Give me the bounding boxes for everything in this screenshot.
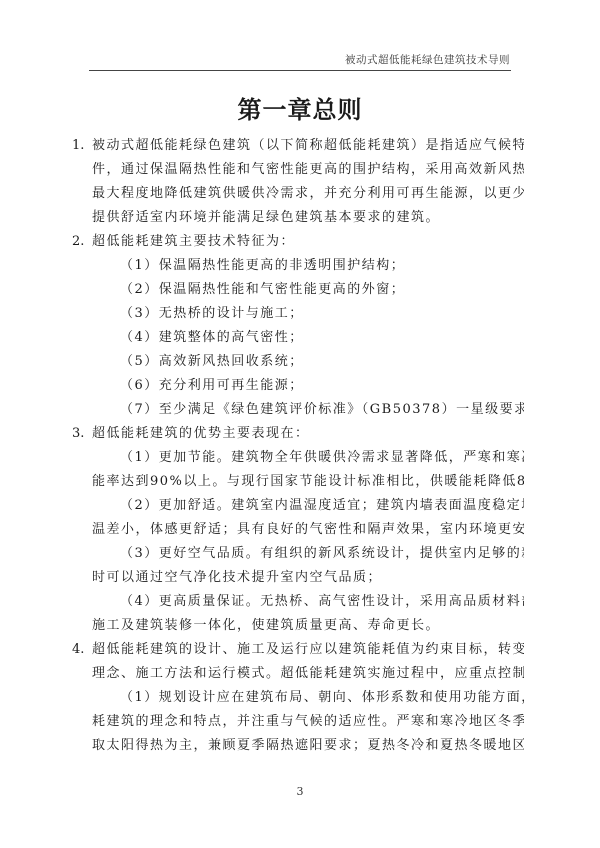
clause-4: 4.超低能耗建筑的设计、施工及运行应以建筑能耗值为约束目标，转变传统的设计 理念… <box>72 638 524 758</box>
clause-3: 3.超低能耗建筑的优势主要表现在： （1）更加节能。建筑物全年供暖供冷需求显著降… <box>72 422 524 638</box>
text-line: 提供舒适室内环境并能满足绿色建筑基本要求的建筑。 <box>72 206 524 230</box>
clause-number: 4. <box>72 638 92 662</box>
paragraph-first-line: （1）更加节能。建筑物全年供暖供冷需求显著降低，严寒和寒冷地区建筑节 <box>72 446 524 470</box>
running-header: 被动式超低能耗绿色建筑技术导则 <box>345 52 510 67</box>
text-line: 理念、施工方法和运行模式。超低能耗建筑实施过程中，应重点控制以下内容： <box>72 662 524 686</box>
paragraph-first-line: （3）更好空气品质。有组织的新风系统设计，提供室内足够的新鲜空气，同 <box>72 542 524 566</box>
list-item: （5）高效新风热回收系统； <box>72 350 524 374</box>
paragraph-first-line: （1）规划设计应在建筑布局、朝向、体形系数和使用功能方面，体现超低能 <box>72 686 524 710</box>
clause-number: 1. <box>72 134 92 158</box>
clause-1: 1.被动式超低能耗绿色建筑（以下简称超低能耗建筑）是指适应气候特征和自然条 件，… <box>72 134 524 230</box>
list-item: （7）至少满足《绿色建筑评价标准》（GB50378）一星级要求。 <box>72 398 524 422</box>
text-line: 超低能耗建筑的优势主要表现在： <box>92 426 310 441</box>
clause-number: 3. <box>72 422 92 446</box>
clause-number: 2. <box>72 230 92 254</box>
text-line: 能率达到90%以上。与现行国家节能设计标准相比，供暖能耗降低85%以上； <box>72 470 524 494</box>
text-line: 施工及建筑装修一体化，使建筑质量更高、寿命更长。 <box>72 614 524 638</box>
text-line: 耗建筑的理念和特点，并注重与气候的适应性。严寒和寒冷地区冬季以保温和获 <box>72 710 524 734</box>
list-item: （2）保温隔热性能和气密性能更高的外窗； <box>72 278 524 302</box>
list-item: （1）保温隔热性能更高的非透明围护结构； <box>72 254 524 278</box>
text-line: 温差小，体感更舒适；具有良好的气密性和隔声效果，室内环境更安静； <box>72 518 524 542</box>
paragraph-first-line: （4）更高质量保证。无热桥、高气密性设计，采用高品质材料部品，精细化 <box>72 590 524 614</box>
page-number: 3 <box>0 785 600 798</box>
text-line: 超低能耗建筑主要技术特征为： <box>92 234 295 249</box>
text-line: 时可以通过空气净化技术提升室内空气品质； <box>72 566 524 590</box>
text-line: 件，通过保温隔热性能和气密性能更高的围护结构，采用高效新风热回收技术， <box>72 158 524 182</box>
paragraph-first-line: （2）更加舒适。建筑室内温湿度适宜；建筑内墙表面温度稳定均匀，与室内 <box>72 494 524 518</box>
chapter-title: 第一章总则 <box>0 90 600 125</box>
text-line: 被动式超低能耗绿色建筑（以下简称超低能耗建筑）是指适应气候特征和自然条 <box>92 138 524 153</box>
clause-2: 2.超低能耗建筑主要技术特征为： （1）保温隔热性能更高的非透明围护结构； （2… <box>72 230 524 422</box>
list-item: （4）建筑整体的高气密性； <box>72 326 524 350</box>
header-divider <box>89 70 511 71</box>
text-line: 最大程度地降低建筑供暖供冷需求，并充分利用可再生能源，以更少的能源消耗 <box>72 182 524 206</box>
document-body: 1.被动式超低能耗绿色建筑（以下简称超低能耗建筑）是指适应气候特征和自然条 件，… <box>72 134 524 758</box>
list-item: （6）充分利用可再生能源； <box>72 374 524 398</box>
text-line: 超低能耗建筑的设计、施工及运行应以建筑能耗值为约束目标，转变传统的设计 <box>92 642 524 657</box>
text-line: 取太阳得热为主，兼顾夏季隔热遮阳要求；夏热冬冷和夏热冬暖地区以夏季隔热 <box>72 734 524 758</box>
list-item: （3）无热桥的设计与施工； <box>72 302 524 326</box>
